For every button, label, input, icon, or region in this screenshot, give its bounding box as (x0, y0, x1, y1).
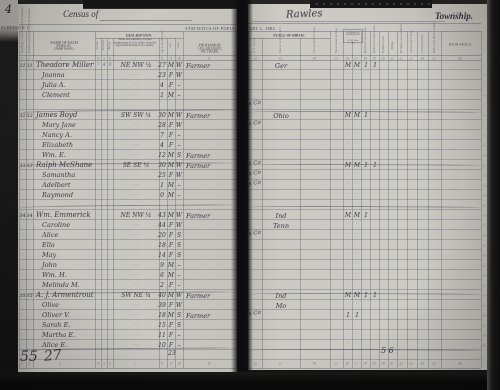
cell-color: – (175, 192, 183, 199)
cell-sex: F (167, 142, 175, 149)
cell-conjugal-mark: M (344, 212, 352, 219)
column-label-rotated: Married during the year. (364, 37, 367, 54)
cell-conjugal-mark: · (353, 72, 361, 77)
line-number: 17 (482, 224, 485, 227)
column-number: 23 (409, 362, 414, 366)
cell-locality: · · (113, 72, 159, 78)
cell-dwelling-number: 35 (19, 293, 26, 299)
cell-sex: M (167, 272, 175, 279)
line-number: 5 (482, 104, 485, 107)
column-label-rotated: County, if born in Iowa. (313, 37, 316, 54)
cell-conjugal-mark: · (353, 262, 361, 267)
cell-conjugal-mark: · (353, 302, 361, 307)
column-number: 14 (312, 57, 317, 61)
cell-birthplace: Ind (262, 212, 300, 220)
cell-conjugal-mark: · (344, 182, 352, 187)
cell-conjugal-mark: · (344, 302, 352, 307)
cell-conjugal-mark: · (344, 332, 352, 337)
cell-conjugal-mark: · (344, 142, 352, 147)
cell-conjugal-mark: · (353, 232, 361, 237)
cell-age: 11 (157, 332, 167, 339)
column-number: 16 (345, 57, 350, 61)
cell-age: 20 (157, 232, 167, 239)
column-label-rotated: Color. (177, 37, 180, 54)
line-number: 26 (482, 314, 485, 317)
cell-color: – (175, 342, 183, 349)
column-number: 17 (354, 362, 359, 366)
cell-color: – (175, 132, 183, 139)
line-number: 12 (482, 174, 485, 177)
cell-locality: · · (113, 152, 159, 158)
column-number: 20 (381, 57, 386, 61)
line-number: 4 (482, 94, 485, 97)
cell-locality: · · (113, 192, 159, 198)
column-number: 10 (177, 362, 182, 366)
cell-name: Theodore Miller (36, 61, 94, 69)
cell-color: – (175, 142, 183, 149)
cell-conjugal-mark: 1 (344, 312, 352, 319)
cell-age: 43 (157, 212, 167, 219)
line-number: 24 (482, 294, 485, 297)
cell-age: 1 (157, 92, 167, 99)
cell-conjugal-mark: · (353, 92, 361, 97)
cell-sex: M (167, 112, 175, 119)
line-number: 19 (482, 244, 485, 247)
cell-locality: · · (113, 332, 159, 338)
cell-conjugal-mark: · (353, 332, 361, 337)
cell-name: Melinda M. (42, 281, 100, 289)
cell-color: W (175, 112, 183, 119)
cell-color: S (175, 152, 183, 159)
cell-birthplace: Tenn (262, 222, 300, 230)
line-number: 14 (482, 194, 485, 197)
cell-conjugal-mark: 1 (362, 212, 370, 219)
cell-age: 18 (157, 312, 167, 319)
column-number: 22 (399, 57, 404, 61)
cell-name: Adelbert (42, 181, 100, 189)
cell-color: S (175, 242, 183, 249)
top-edge-bar-left (83, 0, 237, 9)
cell-name: Caroline (42, 221, 100, 229)
cell-sex: F (167, 122, 175, 129)
cell-occupation: Farmer (186, 152, 234, 160)
column-number: 25 (432, 362, 437, 366)
top-edge-bar-right (310, 0, 432, 8)
cell-color: – (175, 332, 183, 339)
cell-name: John (42, 261, 100, 269)
cell-color: S (175, 322, 183, 329)
cell-conjugal-mark: · (344, 232, 352, 237)
column-label-rotated: Years resident of Iowa. (335, 37, 338, 54)
cell-conjugal-mark: · (344, 152, 352, 157)
column-number: 19 (372, 362, 377, 366)
column-label-rotated: Dwellings numbered in order of visitatio… (21, 37, 24, 54)
cell-birthplace: Mo (262, 302, 300, 310)
cell-color: W (175, 292, 183, 299)
cell-conjugal-mark: 1 (371, 292, 379, 299)
column-number: 4 (96, 57, 101, 61)
cell-family-number: 33 (26, 163, 33, 169)
tally-mid: 23 (168, 350, 176, 357)
line-number: 27 (482, 324, 485, 327)
cell-name: A. J. Armentrout (36, 291, 94, 299)
column-label-rotated: Entitled to vote. (382, 37, 385, 54)
cell-color: W (175, 162, 183, 169)
cell-color: W (175, 302, 183, 309)
column-number: 3 (58, 57, 63, 61)
cell-conjugal-mark: · (353, 282, 361, 287)
line-number: 23 (482, 284, 485, 287)
cell-conjugal-mark: · (344, 172, 352, 177)
bottom-scan-margin (0, 372, 500, 390)
column-label-rotated: P. O. Address. (253, 37, 256, 54)
tally-total-right: 27 (43, 347, 62, 364)
cell-conjugal-mark: · (353, 222, 361, 227)
cell-color: W (175, 122, 183, 129)
cell-name: Wm. E. (42, 151, 100, 159)
column-label-rotated: State or country of birth. (279, 37, 282, 54)
cell-age: 39 (157, 302, 167, 309)
cell-conjugal-mark: M (344, 62, 352, 69)
cell-dwelling-number: 33 (19, 163, 26, 169)
cell-sex: M (167, 182, 175, 189)
cell-conjugal-mark: · (353, 122, 361, 127)
cell-locality: NE NW ¼ (113, 62, 159, 69)
cell-locality: · · (113, 82, 159, 88)
cell-sex: F (167, 222, 175, 229)
cell-birthplace: Ohio (262, 112, 300, 120)
column-label-rotated: Militia. (391, 37, 394, 54)
column-number: 25 (432, 57, 437, 61)
line-number: 10 (482, 154, 485, 157)
column-label-rotated: Section. (96, 37, 99, 54)
census-scan: Census of SCHEDULE 1. STATISTICS OF POPU… (0, 0, 500, 390)
line-number: 3 (482, 84, 485, 87)
cell-occupation: Farmer (186, 292, 234, 300)
cell-age: 28 (157, 122, 167, 129)
cell-birthplace: Ind (262, 292, 300, 300)
column-number: 18 (363, 362, 368, 366)
cell-family-number: 31 (26, 63, 33, 69)
cell-color: – (175, 272, 183, 279)
column-number: 1 (20, 57, 25, 61)
cell-family-number: 35 (26, 293, 33, 299)
line-number: 16 (482, 214, 485, 217)
cell-age: 40 (157, 292, 167, 299)
cell-conjugal-mark: · (344, 262, 352, 267)
cell-sex: F (167, 342, 175, 349)
column-number: 15 (334, 362, 339, 366)
cell-conjugal-mark: · (353, 172, 361, 177)
cell-color: W (175, 72, 183, 79)
cell-locality: · · (113, 142, 159, 148)
line-number: 28 (482, 334, 485, 337)
cell-conjugal-mark: · (353, 322, 361, 327)
corner-page-number: 4 (5, 3, 12, 16)
column-number: 7 (133, 362, 138, 366)
column-number: 11 (207, 57, 212, 61)
cell-conjugal-mark: M (344, 162, 352, 169)
cell-sex: F (167, 332, 175, 339)
cell-conjugal-mark: · (344, 252, 352, 257)
cell-conjugal-mark: · (344, 342, 352, 347)
cell-sex: M (167, 92, 175, 99)
line-number: 11 (482, 164, 485, 167)
cell-locality: · · (113, 302, 159, 308)
cell-conjugal-mark: · (344, 132, 352, 137)
column-label-rotated: Widowed during the year. (373, 37, 376, 54)
column-label-rotated: Range. (108, 37, 111, 54)
cell-dwelling-number: 34 (19, 213, 26, 219)
column-number: 14 (312, 362, 317, 366)
cell-conjugal-mark: M (353, 62, 361, 69)
line-number: 25 (482, 304, 485, 307)
cell-occupation: Farmer (186, 62, 234, 70)
column-label-rotated: Age at last birth-day. (161, 37, 164, 54)
column-number: 15 (334, 57, 339, 61)
cell-name: James Boyd (36, 111, 94, 119)
cell-conjugal-mark: 1 (353, 312, 361, 319)
cell-name: Clement (42, 91, 100, 99)
cell-sex: F (167, 242, 175, 249)
column-label-rotated: Deaf, dumb, blind or insane. (433, 37, 436, 54)
cell-sex: M (167, 312, 175, 319)
cell-name: Ella (42, 241, 100, 249)
cell-sex: F (167, 322, 175, 329)
column-number: 9 (169, 362, 174, 366)
cell-locality: · · (113, 312, 159, 318)
cell-family-number: 32 (26, 113, 33, 119)
cell-conjugal-mark: 1 (362, 112, 370, 119)
cell-age: 25 (157, 172, 167, 179)
cell-age: 23 (157, 72, 167, 79)
column-number: 23 (409, 57, 414, 61)
cell-age: 18 (157, 242, 167, 249)
cell-name: Raymond (42, 191, 100, 199)
tally-right-page: 5 6 (381, 346, 394, 355)
column-label-rotated: Attended school. (421, 37, 424, 54)
right-scan-margin (487, 0, 500, 390)
cell-conjugal-mark: M (344, 292, 352, 299)
column-number: 10 (177, 57, 182, 61)
cell-conjugal-mark: 1 (362, 162, 370, 169)
cell-conjugal-mark: · (344, 272, 352, 277)
book-fold-shadow (231, 0, 253, 374)
cell-locality: SW SW ¼ (113, 112, 159, 119)
line-number: 9 (482, 144, 485, 147)
cell-name: Julia A. (42, 81, 100, 89)
cell-conjugal-mark: · (353, 192, 361, 197)
column-number: 16 (345, 362, 350, 366)
column-number: 22 (399, 362, 404, 366)
cell-conjugal-mark: · (344, 282, 352, 287)
cell-sex: F (167, 252, 175, 259)
cell-age: 0 (157, 192, 167, 199)
column-number: 11 (207, 362, 212, 366)
cell-conjugal-mark: · (353, 242, 361, 247)
schedule-label: SCHEDULE 1. (1, 25, 30, 30)
column-number: 17 (354, 57, 359, 61)
cell-age: 9 (157, 262, 167, 269)
cell-locality: · · (113, 262, 159, 268)
cell-age: 44 (157, 222, 167, 229)
column-number: 9 (169, 57, 174, 61)
cell-color: – (175, 182, 183, 189)
cell-age: 10 (157, 342, 167, 349)
cell-color: – (175, 282, 183, 289)
cell-name: Oliver V. (42, 311, 100, 319)
line-number: 13 (482, 184, 485, 187)
cell-age: 4 (157, 82, 167, 89)
cell-age: 7 (157, 132, 167, 139)
cell-conjugal-mark: · (344, 192, 352, 197)
column-label-rotated: Sex. (169, 37, 172, 54)
cell-conjugal-mark: · (344, 92, 352, 97)
line-number: 6 (482, 114, 485, 117)
cell-sex: M (167, 262, 175, 269)
cell-color: – (175, 82, 183, 89)
cell-dwelling-number: 32 (19, 113, 26, 119)
cell-name: Samantha (42, 171, 100, 179)
cell-sex: F (167, 82, 175, 89)
cell-age: 2 (157, 282, 167, 289)
cell-name: May (42, 251, 100, 259)
cell-name: Sarah E. (42, 321, 100, 329)
cell-conjugal-mark: · (353, 272, 361, 277)
cell-conjugal-mark: · (353, 342, 361, 347)
column-number: 2 (27, 57, 32, 61)
column-number: 21 (390, 57, 395, 61)
cell-name: Wm. H. (42, 271, 100, 279)
cell-conjugal-mark: · (353, 182, 361, 187)
cell-color: – (175, 262, 183, 269)
cell-sex: M (167, 152, 175, 159)
cell-locality: · · (113, 242, 159, 248)
cell-locality: NE NW ¼ (113, 212, 159, 219)
cell-sex: F (167, 302, 175, 309)
cell-conjugal-mark: 1 (371, 62, 379, 69)
cell-conjugal-mark: M (344, 112, 352, 119)
cell-conjugal-mark: 1 (362, 292, 370, 299)
cell-name: Mary Jane (42, 121, 100, 129)
column-number: 20 (381, 362, 386, 366)
cell-locality: · · (113, 342, 159, 348)
column-number: 24 (420, 57, 425, 61)
cell-locality: SE SE ¼ (113, 162, 159, 169)
cell-conjugal-mark: · (353, 132, 361, 137)
column-number: 24 (420, 362, 425, 366)
cell-age: 12 (157, 152, 167, 159)
line-number: 22 (482, 274, 485, 277)
column-number: 13 (278, 362, 283, 366)
cell-occupation: Farmer (186, 162, 234, 170)
cell-occupation: Farmer (186, 312, 234, 320)
cell-color: – (175, 92, 183, 99)
cell-age: 14 (157, 252, 167, 259)
cell-conjugal-mark: · (344, 82, 352, 87)
column-number: 5 (102, 57, 107, 61)
cell-name: Ralph McShane (36, 161, 94, 169)
cell-dwelling-number: 31 (19, 63, 26, 69)
column-number: 12 (253, 57, 258, 61)
cell-age: 27 (157, 62, 167, 69)
column-number: 6 (108, 362, 113, 366)
cell-name: Alice (42, 231, 100, 239)
cell-color: W (175, 172, 183, 179)
cell-name: Wm. Emmerick (36, 211, 94, 219)
cell-sex: M (167, 192, 175, 199)
cell-conjugal-mark: · (353, 142, 361, 147)
column-number: 6 (108, 57, 113, 61)
cell-color: S (175, 232, 183, 239)
column-number: 5 (102, 362, 107, 366)
cell-sex: M (167, 62, 175, 69)
cell-conjugal-mark: M (353, 112, 361, 119)
cell-sex: F (167, 132, 175, 139)
cell-locality: · · (113, 222, 159, 228)
cell-age: 1 (157, 182, 167, 189)
cell-locality: · · (113, 272, 159, 278)
cell-conjugal-mark: · (344, 122, 352, 127)
cell-conjugal-mark: · (344, 222, 352, 227)
column-number: 26 (458, 57, 463, 61)
cell-color: W (175, 212, 183, 219)
column-number: 7 (133, 57, 138, 61)
cell-locality: · · (113, 252, 159, 258)
cell-name: Joanna (42, 71, 100, 79)
cell-conjugal-mark: · (353, 82, 361, 87)
cell-conjugal-mark: · (353, 252, 361, 257)
column-number: 13 (278, 57, 283, 61)
cell-conjugal-mark: · (344, 322, 352, 327)
cell-age: 15 (157, 322, 167, 329)
cell-locality: · · (113, 232, 159, 238)
cell-conjugal-mark: · (353, 152, 361, 157)
cell-occupation: Farmer (186, 212, 234, 220)
line-number: 21 (482, 264, 485, 267)
left-scan-margin (0, 0, 18, 374)
cell-name: Martha E. (42, 331, 100, 339)
column-label-rotated: Families numbered in order of visitation… (28, 37, 31, 54)
cell-locality: · · (113, 322, 159, 328)
column-number: 12 (253, 362, 258, 366)
cell-conjugal-mark: M (353, 162, 361, 169)
cell-color: W (175, 62, 183, 69)
cell-name: Olive (42, 301, 100, 309)
column-label-rotated: Foreigners not naturalized. (400, 37, 403, 54)
cell-birthplace: Ger (262, 62, 300, 70)
cell-locality: SW NE ¼ (113, 292, 159, 299)
cell-conjugal-mark: 1 (371, 162, 379, 169)
column-number: 26 (458, 362, 463, 366)
cell-age: 30 (157, 162, 167, 169)
line-number: 15 (482, 204, 485, 207)
column-number: 21 (390, 362, 395, 366)
column-number: 19 (372, 57, 377, 61)
cell-family-number: 34 (26, 213, 33, 219)
cell-locality: · · (113, 282, 159, 288)
line-number: 18 (482, 234, 485, 237)
cell-age: 4 (157, 142, 167, 149)
cell-locality: · · (113, 122, 159, 128)
cell-conjugal-mark: M (353, 212, 361, 219)
cell-conjugal-mark: M (353, 292, 361, 299)
cell-color: S (175, 312, 183, 319)
cell-conjugal-mark: · (344, 242, 352, 247)
column-number: 8 (160, 362, 165, 366)
column-number: 8 (160, 57, 165, 61)
cell-color: W (175, 222, 183, 229)
